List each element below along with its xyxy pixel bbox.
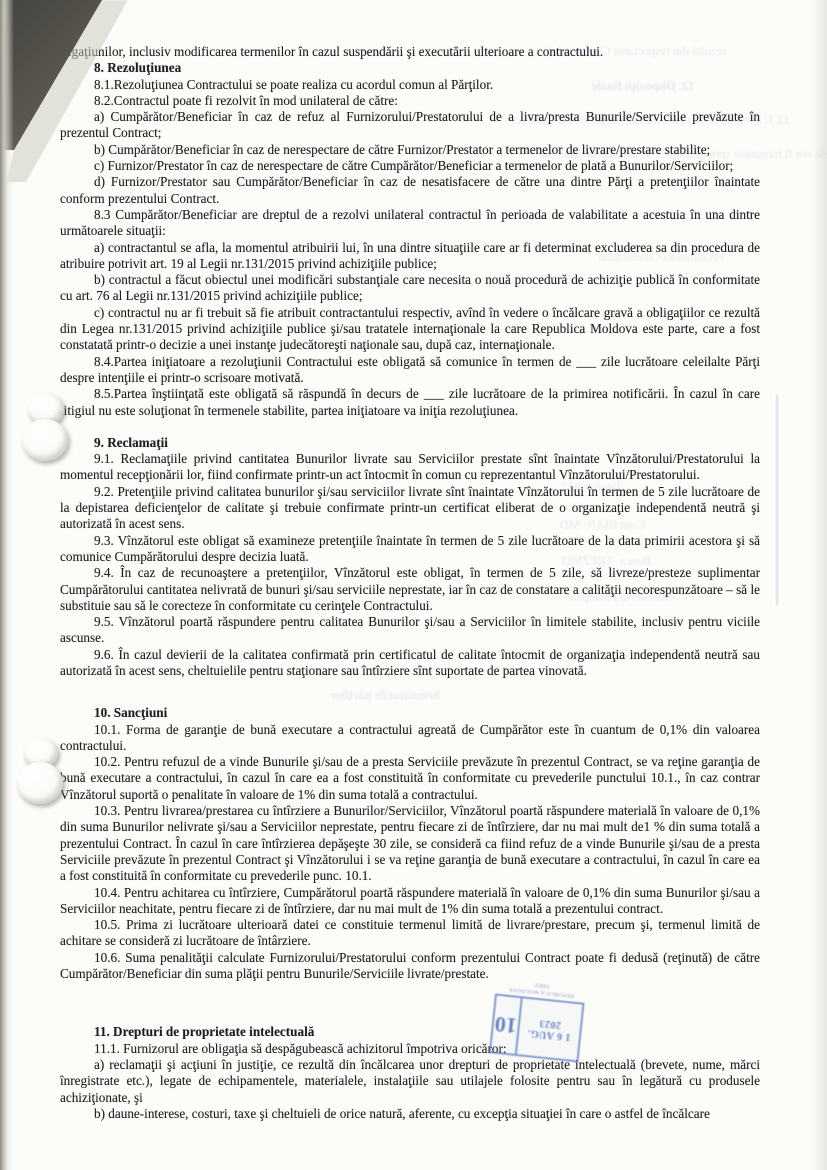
paragraph: 8.2.Contractul poate fi rezolvit în mod …: [60, 93, 760, 109]
paragraph: b) daune-interese, costuri, taxe şi chel…: [60, 1106, 760, 1122]
paragraph: 9.6. În cazul devierii de la calitatea c…: [60, 647, 760, 680]
bleedthrough-line: [776, 395, 778, 605]
paragraph: 11.1. Furnizorul are obligaţia să despăg…: [60, 1041, 760, 1057]
paragraph: b) contractul a făcut obiectul unei modi…: [60, 272, 760, 305]
white-blob: [22, 419, 68, 461]
paragraph: 9.5. Vînzătorul poartă răspundere pentru…: [60, 614, 760, 647]
paragraph: 10.2. Pentru refuzul de a vinde Bunurile…: [60, 754, 760, 803]
page-left-edge-shadow: [0, 0, 14, 1170]
paragraph: 9.2. Pretenţiile privind calitatea bunur…: [60, 484, 760, 533]
paragraph: c) Furnizor/Prestator în caz de nerespec…: [60, 158, 760, 174]
paragraph: 8. Rezoluţiunea: [60, 60, 760, 76]
date-stamp-date: 1 6 AUG. 2023: [517, 998, 583, 1060]
paragraph: 9.4. În caz de recunoaştere a pretenţiil…: [60, 565, 760, 614]
paragraph: 9.3. Vînzătorul este obligat să examinez…: [60, 533, 760, 566]
scanned-contract-page: { "document": { "blocks": [ {"style":"fi…: [0, 0, 827, 1170]
paragraph: igaţiunilor, inclusiv modificarea termen…: [60, 44, 760, 60]
paragraph: 8.5.Partea înştiinţată este obligată să …: [60, 386, 760, 419]
white-blob: [17, 762, 63, 804]
contract-text: igaţiunilor, inclusiv modificarea termen…: [60, 44, 760, 1122]
paragraph: c) contractul nu ar fi trebuit să fie at…: [60, 305, 760, 354]
paragraph: 10.4. Pentru achitarea cu întîrziere, Cu…: [60, 885, 760, 918]
paragraph: a) reclamaţii şi acţiuni în justiţie, ce…: [60, 1057, 760, 1106]
date-stamp-box: 1 6 AUG. 2023 10: [489, 993, 585, 1062]
paragraph: 10.3. Pentru livrarea/prestarea cu întîr…: [60, 803, 760, 884]
paragraph: 10.1. Forma de garanţie de bună executar…: [60, 722, 760, 755]
paragraph: a) contractantul se afla, la momentul at…: [60, 240, 760, 273]
page-right-edge-shadow: [811, 0, 827, 1170]
paragraph: 10.6. Suma penalităţii calculate Furnizo…: [60, 950, 760, 983]
paragraph: 8.3 Cumpărător/Beneficiar are dreptul de…: [60, 207, 760, 240]
paragraph: 10.5. Prima zi lucrătoare ulterioară dat…: [60, 917, 760, 950]
paragraph: 11. Drepturi de proprietate intelectuală: [60, 1024, 760, 1040]
paragraph: 8.4.Partea iniţiatoare a rezoluţiunii Co…: [60, 354, 760, 387]
paragraph: 9.1. Reclamaţiile privind cantitatea Bun…: [60, 451, 760, 484]
contract-page: rezultă din respectarea Contractului 12.…: [0, 0, 827, 1170]
paragraph: d) Furnizor/Prestator sau Cumpărător/Ben…: [60, 174, 760, 207]
paragraph: 9. Reclamaţii: [60, 435, 760, 451]
paragraph: 10. Sancţiuni: [60, 705, 760, 721]
paragraph: a) Cumpărător/Beneficiar în caz de refuz…: [60, 109, 760, 142]
paragraph: b) Cumpărător/Beneficiar în caz de neres…: [60, 142, 760, 158]
paragraph: 8.1.Rezoluţiunea Contractului se poate r…: [60, 77, 760, 93]
date-stamp: 1 6 AUG. 2023 10 REPUBLICA MOLDOVA TREZ: [480, 945, 595, 1067]
